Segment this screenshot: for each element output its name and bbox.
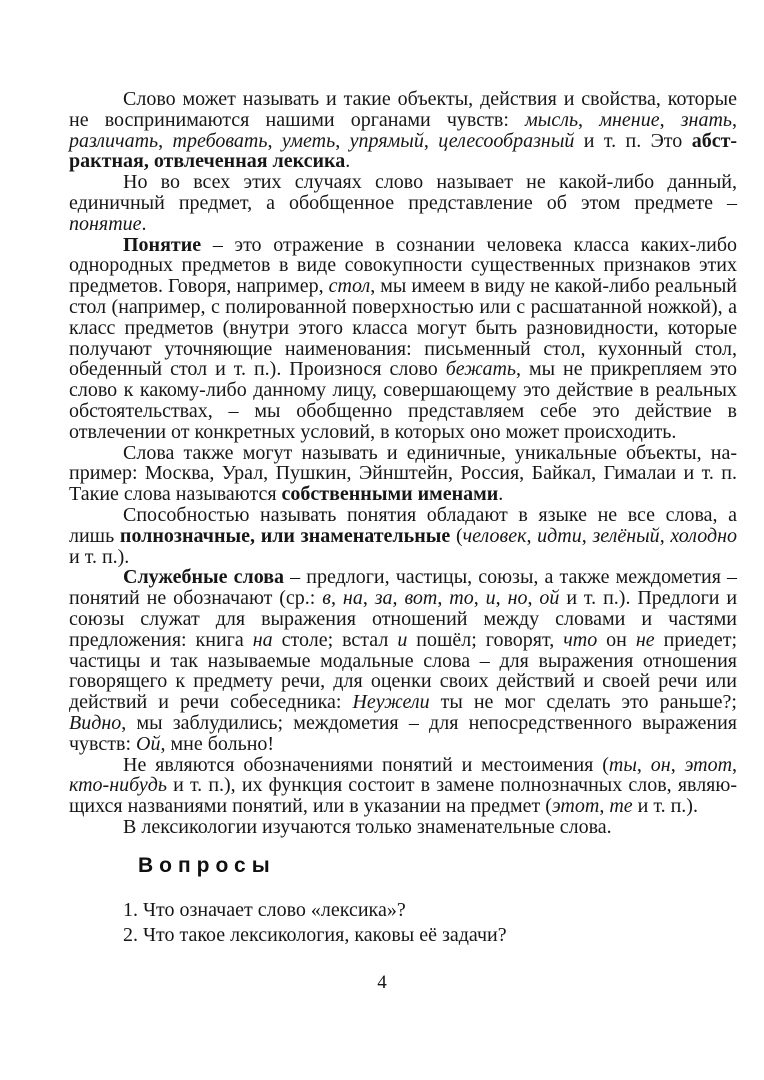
paragraph: Служебные слова – предлоги, частицы, сою…	[69, 567, 737, 754]
text-run: столе; встал	[273, 629, 398, 651]
bold-text: полнозначные, или знаменательные	[120, 525, 450, 547]
paragraph: В лексикологии изучаются только знаменат…	[69, 817, 737, 838]
text-run: , мне больно!	[160, 733, 274, 755]
page-number: 4	[0, 972, 764, 994]
paragraph: Не являются обозначениями понятий и мест…	[69, 755, 737, 817]
questions-heading: Вопросы	[138, 854, 737, 878]
italic-text: понятие	[69, 213, 142, 235]
italic-text: целесообразный	[438, 130, 574, 152]
paragraph: Слово может называть и такие объекты, де…	[69, 89, 737, 172]
italic-text: в	[322, 587, 331, 609]
italic-text: те	[609, 795, 632, 817]
italic-text: стол	[329, 275, 371, 297]
text-run: ,	[599, 795, 609, 817]
questions-list: 1. Что означает слово «лексика»?2. Что т…	[69, 898, 737, 948]
italic-text: идти	[537, 525, 582, 547]
text-run: ты не мог сделать это раньше?;	[430, 691, 737, 713]
paragraph: Слова также могут называть и единичные, …	[69, 443, 737, 505]
text-run: и т. п.).	[69, 546, 129, 568]
text-run: (	[450, 525, 462, 547]
bold-text: Служебные слова	[123, 566, 284, 588]
italic-text: уметь	[282, 130, 335, 152]
paragraph: Способностью называть понятия обладают в…	[69, 505, 737, 567]
text-run: он	[597, 629, 636, 651]
document-page: Слово может называть и такие объекты, де…	[0, 0, 764, 1080]
italic-text: Неужели	[352, 691, 429, 713]
italic-text: он	[651, 754, 671, 776]
italic-text: этот	[552, 795, 599, 817]
text-run: ,	[527, 587, 539, 609]
text-run: ,	[578, 109, 599, 131]
body-text: Слово может называть и такие объекты, де…	[69, 89, 737, 838]
italic-text: но	[508, 587, 528, 609]
italic-text: кто-нибудь	[69, 774, 167, 796]
text-run: ,	[732, 109, 737, 131]
italic-text: за	[375, 587, 393, 609]
italic-text: на	[253, 629, 273, 651]
text-run: пошёл; говорят,	[407, 629, 563, 651]
text-run: В лексикологии изучаются только знаменат…	[123, 816, 612, 838]
text-run: .	[142, 213, 147, 235]
italic-text: упрямый	[350, 130, 424, 152]
italic-text: то	[449, 587, 473, 609]
italic-text: требовать	[173, 130, 268, 152]
bold-text: собственными именами	[282, 483, 499, 505]
italic-text: не	[636, 629, 655, 651]
text-run: Не являются обозначениями понятий и мест…	[123, 754, 609, 776]
italic-text: ой	[539, 587, 559, 609]
italic-text: бежать	[446, 358, 516, 380]
text-run: ,	[424, 130, 438, 152]
text-run: ,	[637, 754, 651, 776]
text-run: ,	[267, 130, 281, 152]
text-run: ,	[335, 130, 349, 152]
text-run: ,	[437, 587, 449, 609]
text-run: .	[498, 483, 503, 505]
italic-text: ты	[609, 754, 637, 776]
text-run: ,	[526, 525, 537, 547]
italic-text: мнение	[599, 109, 659, 131]
text-run: ,	[496, 587, 508, 609]
italic-text: Видно	[69, 712, 121, 734]
text-run: ,	[660, 525, 671, 547]
paragraph: Но во всех этих случаях слово называет н…	[69, 172, 737, 234]
text-run: и т. п. Это	[574, 130, 691, 152]
italic-text: хо­лодно	[670, 525, 737, 547]
text-run: ,	[671, 754, 685, 776]
italic-text: и	[486, 587, 496, 609]
italic-text: мысль	[525, 109, 578, 131]
italic-text: на	[343, 587, 363, 609]
text-run: ,	[363, 587, 375, 609]
text-run: ,	[660, 109, 681, 131]
text-run: ,	[582, 525, 593, 547]
text-block: Слово может называть и такие объекты, де…	[69, 89, 737, 948]
italic-text: этот	[685, 754, 732, 776]
italic-text: и	[397, 629, 407, 651]
text-run: и т. п.).	[633, 795, 698, 817]
text-run: ,	[474, 587, 486, 609]
italic-text: зелёный	[592, 525, 659, 547]
italic-text: различать	[69, 130, 158, 152]
italic-text: вот	[404, 587, 437, 609]
text-run: Но во всех этих случаях слово называет н…	[69, 171, 737, 214]
italic-text: что	[563, 629, 597, 651]
question-item: 2. Что такое лексикология, каковы её зад…	[69, 923, 737, 948]
text-run: ,	[732, 754, 737, 776]
text-run: ,	[393, 587, 405, 609]
italic-text: человек	[463, 525, 527, 547]
paragraph: Понятие – это отражение в сознании челов…	[69, 235, 737, 443]
italic-text: Ой	[136, 733, 160, 755]
bold-text: Понятие	[123, 234, 201, 256]
text-run: ,	[158, 130, 172, 152]
italic-text: знать	[681, 109, 732, 131]
text-run: .	[345, 150, 350, 172]
question-item: 1. Что означает слово «лексика»?	[69, 898, 737, 923]
text-run: ,	[331, 587, 343, 609]
